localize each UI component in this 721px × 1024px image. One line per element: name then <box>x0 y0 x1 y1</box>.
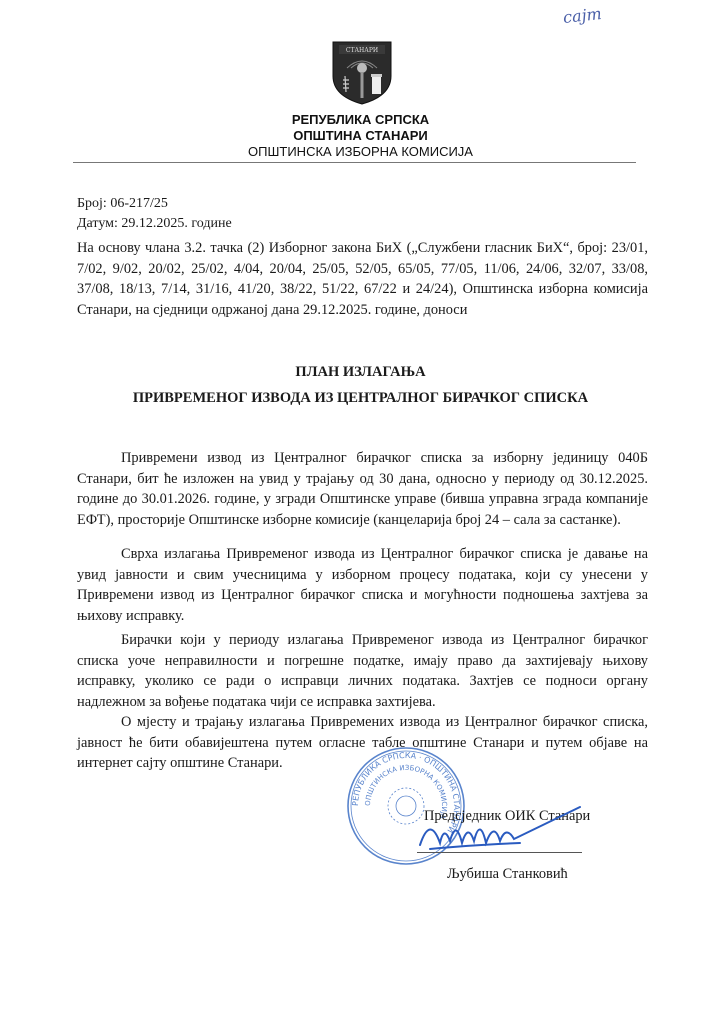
document-subtitle: ПРИВРЕМЕНОГ ИЗВОДА ИЗ ЦЕНТРАЛНОГ БИРАЧКО… <box>0 390 721 407</box>
paragraph-2: Сврха излагања Привременог извода из Цен… <box>77 544 648 626</box>
handwritten-note: сајт <box>562 4 602 27</box>
paragraph-3: Бирачки који у периоду излагања Привреме… <box>77 630 648 712</box>
document-title: ПЛАН ИЗЛАГАЊА <box>0 364 721 381</box>
header-municipality: ОПШТИНА СТАНАРИ <box>0 128 721 143</box>
intro-paragraph: На основу члана 3.2. тачка (2) Изборног … <box>77 238 648 320</box>
document-number: Број: 06-217/25 <box>77 194 168 214</box>
handwritten-signature-icon <box>410 805 625 865</box>
paragraph-1: Привремени извод из Централног бирачког … <box>77 448 648 530</box>
crest-label: СТАНАРИ <box>346 47 378 54</box>
signatory-name: Љубиша Станковић <box>447 866 568 883</box>
document-date: Датум: 29.12.2025. године <box>77 214 232 234</box>
signature-line <box>417 852 582 853</box>
header-commission: ОПШТИНСКА ИЗБОРНА КОМИСИЈА <box>0 144 721 159</box>
coat-of-arms-icon: СТАНАРИ <box>329 40 395 106</box>
header-divider <box>73 162 636 163</box>
header-republic: РЕПУБЛИКА СРПСКА <box>0 112 721 127</box>
